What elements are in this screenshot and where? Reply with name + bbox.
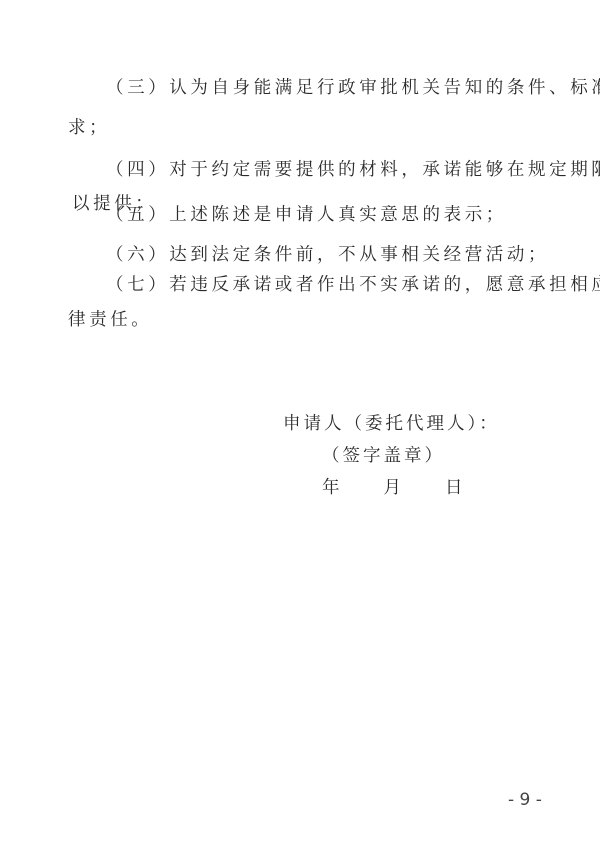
page-number: - 9 - — [508, 790, 542, 810]
clause-7-line-2: 律责任。 — [68, 310, 152, 330]
clause-3-line-1: （三）认为自身能满足行政审批机关告知的条件、标准和要 — [106, 78, 600, 98]
date-label: 年 月 日 — [322, 478, 466, 498]
applicant-label: 申请人（委托代理人）： — [283, 414, 500, 434]
clause-5: （五）上述陈述是申请人真实意思的表示； — [106, 205, 507, 225]
clause-6: （六）达到法定条件前，不从事相关经营活动； — [106, 245, 549, 265]
clause-7-line-1: （七）若违反承诺或者作出不实承诺的，愿意承担相应的法 — [106, 275, 600, 295]
clause-4-line-1: （四）对于约定需要提供的材料，承诺能够在规定期限内予 — [106, 160, 600, 180]
sign-seal-label: （签字盖章） — [322, 446, 445, 466]
clause-3-line-2: 求； — [68, 118, 110, 138]
